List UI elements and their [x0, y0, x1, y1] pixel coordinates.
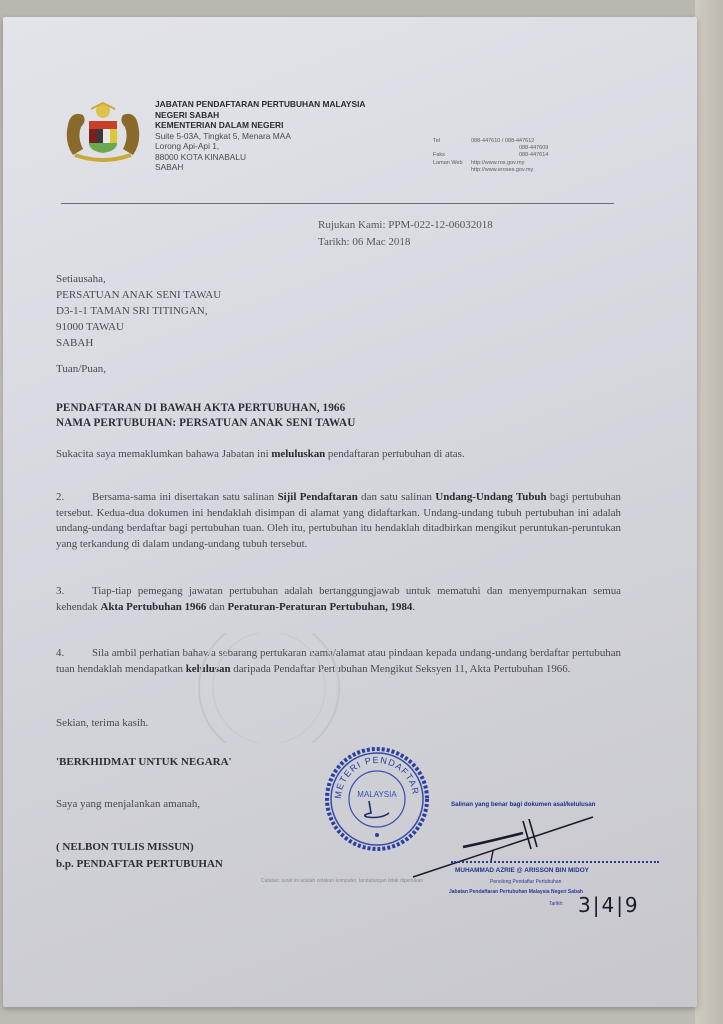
emphasis: Undang-Undang Tubuh: [435, 491, 546, 503]
certified-copy-statement: Salinan yang benar bagi dokumen asal/kel…: [451, 801, 595, 808]
certification-date-label: Tarikh:: [549, 901, 564, 907]
org-name: JABATAN PENDAFTARAN PERTUBUHAN MALAYSIA: [155, 99, 365, 110]
salutation: Tuan/Puan,: [56, 363, 106, 375]
text: pendaftaran pertubuhan di atas.: [325, 448, 464, 460]
ministry-name: KEMENTERIAN DALAM NEGERI: [155, 120, 365, 131]
tel-value-2: 088-447609: [471, 145, 548, 152]
web-link-1[interactable]: http://www.ros.gov.my: [471, 160, 548, 167]
emphasis: meluluskan: [271, 448, 325, 460]
reference-block: Rujukan Kami: PPM-022-12-06032018 Tarikh…: [318, 217, 493, 251]
address-line: Suite 5-03A, Tingkat 5, Menara MAA: [155, 131, 365, 142]
emphasis: Peraturan-Peraturan Pertubuhan, 1984: [228, 601, 413, 613]
address-line: Lorong Api-Api 1,: [155, 141, 365, 152]
text: dan satu salinan: [358, 491, 436, 503]
background-surface: [695, 0, 723, 1024]
address-line: 88000 KOTA KINABALU: [155, 152, 365, 163]
amanah-line: Saya yang menjalankan amanah,: [56, 798, 200, 810]
signatory-title: b.p. PENDAFTAR PERTUBUHAN: [56, 856, 223, 873]
web-link-2[interactable]: http://www.eroses.gov.my: [471, 167, 548, 174]
paragraph-2: 2.Bersama-sama ini disertakan satu salin…: [56, 490, 621, 552]
signatory-block: ( NELBON TULIS MISSUN) b.p. PENDAFTAR PE…: [56, 839, 223, 873]
paragraph-1: Sukacita saya memaklumkan bahawa Jabatan…: [56, 447, 621, 463]
tel-value: 088-447610 / 088-447612: [471, 138, 548, 145]
recipient-line: Setiausaha,: [56, 271, 221, 287]
web-label: Laman Web: [433, 160, 471, 167]
text: Sukacita saya memaklumkan bahawa Jabatan…: [56, 448, 271, 460]
certifier-name: MUHAMMAD AZRIE @ ARISSON BIN MIDOY: [455, 867, 589, 874]
recipient-address: Setiausaha, PERSATUAN ANAK SENI TAWAU D3…: [56, 271, 221, 351]
text: dan: [206, 601, 227, 613]
certifier-title: Penolong Pendaftar Pertubuhan: [490, 879, 561, 885]
address-line: SABAH: [155, 162, 365, 173]
emphasis: Sijil Pendaftaran: [278, 491, 358, 503]
signature-line: [451, 861, 659, 863]
contact-block: Tel088-447610 / 088-447612 088-447609 Fa…: [433, 138, 548, 174]
letterhead-divider: [61, 203, 614, 204]
handwritten-date: 3|4|9: [578, 893, 640, 917]
signatory-name: ( NELBON TULIS MISSUN): [56, 839, 223, 856]
paragraph-number: 3.: [56, 584, 92, 600]
subject-line-2: NAMA PERTUBUHAN: PERSATUAN ANAK SENI TAW…: [56, 416, 355, 431]
letterhead: JABATAN PENDAFTARAN PERTUBUHAN MALAYSIA …: [155, 99, 365, 173]
subject-heading: PENDAFTARAN DI BAWAH AKTA PERTUBUHAN, 19…: [56, 401, 355, 431]
recipient-line: PERSATUAN ANAK SENI TAWAU: [56, 287, 221, 303]
handwritten-signature-icon: [403, 815, 633, 885]
letter-date: Tarikh: 06 Mac 2018: [318, 234, 493, 251]
text: Bersama-sama ini disertakan satu salinan: [92, 491, 278, 503]
recipient-line: 91000 TAWAU: [56, 319, 221, 335]
recipient-line: SABAH: [56, 335, 221, 351]
reference-number: Rujukan Kami: PPM-022-12-06032018: [318, 217, 493, 234]
letter-page: JABATAN PENDAFTARAN PERTUBUHAN MALAYSIA …: [3, 17, 697, 1007]
tel-label: Tel: [433, 138, 471, 145]
faint-embossed-stamp-icon: [189, 633, 349, 743]
computer-generated-note: Catatan: surat ini adalah cetakan komput…: [261, 878, 423, 884]
certifier-department: Jabatan Pendaftaran Pertubuhan Malaysia …: [449, 889, 583, 895]
motto: 'BERKHIDMAT UNTUK NEGARA': [56, 756, 232, 768]
fax-value: 088-447614: [471, 152, 548, 159]
org-state: NEGERI SABAH: [155, 110, 365, 121]
text: .: [412, 601, 415, 613]
subject-line-1: PENDAFTARAN DI BAWAH AKTA PERTUBUHAN, 19…: [56, 401, 355, 416]
emphasis: Akta Pertubuhan 1966: [100, 601, 206, 613]
malaysia-coat-of-arms-icon: [61, 101, 145, 165]
fax-label: Faks: [433, 152, 471, 159]
paragraph-3: 3.Tiap-tiap pemegang jawatan pertubuhan …: [56, 584, 621, 615]
paragraph-number: 4.: [56, 646, 92, 662]
recipient-line: D3-1-1 TAMAN SRI TITINGAN,: [56, 303, 221, 319]
seal-center-text: MALAYSIA: [357, 790, 397, 799]
paragraph-number: 2.: [56, 490, 92, 506]
closing-remark: Sekian, terima kasih.: [56, 717, 148, 729]
